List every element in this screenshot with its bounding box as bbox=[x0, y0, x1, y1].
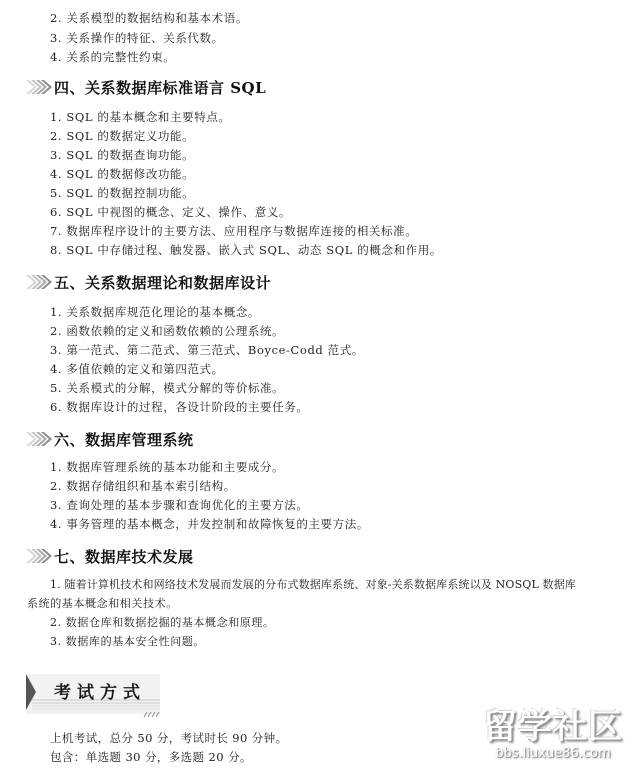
section-heading-5: 五、关系数据理论和数据库设计 bbox=[26, 271, 271, 293]
list-item-continuation: 系统的基本概念和相关技术。 bbox=[27, 597, 178, 611]
list-item: 6. 数据库设计的过程，各设计阶段的主要任务。 bbox=[50, 400, 308, 414]
list-item: 7. 数据库程序设计的主要方法、应用程序与数据库连接的相关标准。 bbox=[50, 224, 417, 238]
list-item: 2. 数据仓库和数据挖掘的基本概念和原理。 bbox=[50, 616, 275, 630]
list-item: 3. 查询处理的基本步骤和查询优化的主要方法。 bbox=[50, 498, 308, 512]
section-heading-4: 四、关系数据库标准语言 SQL bbox=[26, 76, 266, 98]
exam-info-line: 包含：单选题 30 分，多选题 20 分。 bbox=[50, 750, 252, 764]
section-title: 五、关系数据理论和数据库设计 bbox=[54, 272, 271, 293]
list-item: 3. SQL 的数据查询功能。 bbox=[50, 148, 194, 162]
section-title: 七、数据库技术发展 bbox=[54, 546, 194, 567]
list-item: 4. 事务管理的基本概念，并发控制和故障恢复的主要方法。 bbox=[50, 517, 369, 531]
double-chevron-icon bbox=[26, 275, 52, 289]
list-item: 6. SQL 中视图的概念、定义、操作、意义。 bbox=[50, 205, 291, 219]
document-page: 2. 关系模型的数据结构和基本术语。 3. 关系操作的特征、关系代数。 4. 关… bbox=[0, 0, 641, 775]
list-item: 2. 数据存储组织和基本索引结构。 bbox=[50, 479, 236, 493]
watermark-logo: 留学社区 bbs.liuxue86.com bbox=[478, 708, 628, 770]
list-item: 1. SQL 的基本概念和主要特点。 bbox=[50, 110, 231, 124]
list-item: 5. SQL 的数据控制功能。 bbox=[50, 186, 194, 200]
exam-info-line: 上机考试，总分 50 分，考试时长 90 分钟。 bbox=[50, 731, 288, 745]
list-item: 3. 第一范式、第二范式、第三范式、Boyce-Codd 范式。 bbox=[50, 343, 364, 357]
exam-section-banner: 考试方式 bbox=[26, 670, 162, 722]
list-item: 2. 函数依赖的定义和函数依赖的公理系统。 bbox=[50, 324, 284, 338]
exam-banner-title: 考试方式 bbox=[54, 678, 146, 703]
watermark-main-text: 留学社区 bbox=[478, 708, 628, 746]
double-chevron-icon bbox=[26, 432, 52, 446]
list-item: 1. 随着计算机技术和网络技术发展而发展的分布式数据库系统、对象-关系数据库系统… bbox=[50, 578, 576, 592]
list-item: 8. SQL 中存储过程、触发器、嵌入式 SQL、动态 SQL 的概念和作用。 bbox=[50, 243, 442, 257]
list-item: 3. 关系操作的特征、关系代数。 bbox=[50, 31, 224, 45]
double-chevron-icon bbox=[26, 80, 52, 94]
list-item: 4. SQL 的数据修改功能。 bbox=[50, 167, 194, 181]
list-item: 4. 关系的完整性约束。 bbox=[50, 50, 175, 64]
watermark-url-text: bbs.liuxue86.com bbox=[478, 746, 628, 762]
section-title: 四、关系数据库标准语言 SQL bbox=[54, 77, 266, 98]
list-item: 2. SQL 的数据定义功能。 bbox=[50, 129, 194, 143]
list-item: 5. 关系模式的分解，模式分解的等价标准。 bbox=[50, 381, 284, 395]
section-title: 六、数据库管理系统 bbox=[54, 429, 194, 450]
list-item: 4. 多值依赖的定义和第四范式。 bbox=[50, 362, 224, 376]
list-item: 1. 数据库管理系统的基本功能和主要成分。 bbox=[50, 460, 284, 474]
double-chevron-icon bbox=[26, 549, 52, 563]
list-item: 2. 关系模型的数据结构和基本术语。 bbox=[50, 11, 248, 25]
list-item: 3. 数据库的基本安全性问题。 bbox=[50, 635, 205, 649]
list-item: 1. 关系数据库规范化理论的基本概念。 bbox=[50, 305, 260, 319]
section-heading-7: 七、数据库技术发展 bbox=[26, 545, 194, 567]
section-heading-6: 六、数据库管理系统 bbox=[26, 428, 194, 450]
